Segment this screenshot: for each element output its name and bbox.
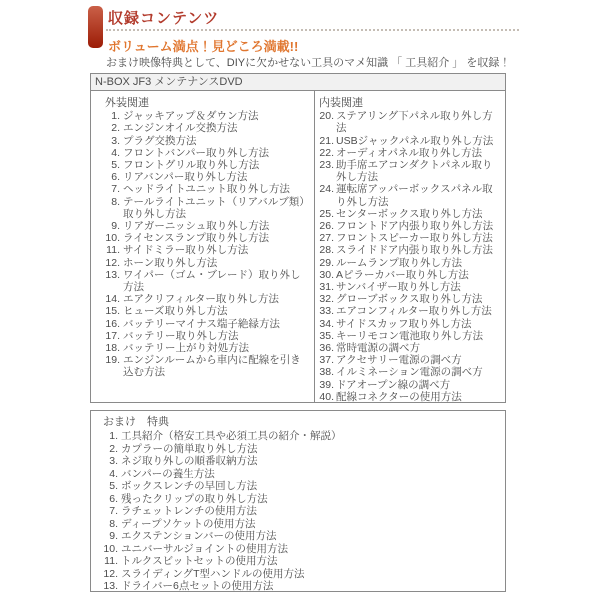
list-item: 18.バッテリー上がり対処方法 (105, 342, 310, 354)
list-item-number: 32. (319, 293, 336, 305)
list-item: 14.エアクリフィルター取り外し方法 (105, 293, 310, 305)
list-item-text: ライセンスランプ取り外し方法 (123, 232, 310, 244)
list-item-text: エンジンオイル交換方法 (123, 122, 310, 134)
list-item-number: 12. (103, 568, 121, 581)
list-item: 16.バッテリーマイナス端子絶縁方法 (105, 318, 310, 330)
exterior-column-header: 外装関連 (105, 97, 310, 109)
list-item-number: 7. (105, 183, 123, 195)
list-item-text: プラグ交換方法 (123, 135, 310, 147)
list-item-text: ドアオープン線の調べ方 (336, 379, 502, 391)
list-item-text: イルミネーション電源の調べ方 (336, 366, 502, 378)
list-item-number: 6. (103, 493, 121, 506)
list-item: 24.運転席アッパーボックスパネル取り外し方法 (319, 183, 502, 207)
dotted-divider (106, 29, 519, 31)
list-item: 11.サイドミラー取り外し方法 (105, 244, 310, 256)
list-item-text: カプラーの簡単取り外し方法 (121, 443, 497, 456)
list-item-text: エンジンルームから車内に配線を引き込む方法 (123, 354, 310, 378)
list-item-text: バッテリー取り外し方法 (123, 330, 310, 342)
list-item-number: 36. (319, 342, 336, 354)
volume-subtitle: ボリューム満点！見どころ満載!! (108, 36, 520, 55)
list-item-number: 14. (105, 293, 123, 305)
list-item-text: バッテリーマイナス端子絶縁方法 (123, 318, 310, 330)
bonus-box: おまけ 特典 1.工具紹介（格安工具や必須工具の紹介・解説）2.カプラーの簡単取… (90, 410, 506, 592)
list-item: 36.常時電源の調べ方 (319, 342, 502, 354)
list-item: 21.USBジャックパネル取り外し方法 (319, 135, 502, 147)
list-item: 26.フロントドア内張り取り外し方法 (319, 220, 502, 232)
list-item-number: 3. (105, 135, 123, 147)
list-item-number: 2. (103, 443, 121, 456)
list-item: 17.バッテリー取り外し方法 (105, 330, 310, 342)
list-item-number: 9. (105, 220, 123, 232)
list-item: 13.ドライバー6点セットの使用方法 (103, 580, 497, 593)
list-item: 15.ヒューズ取り外し方法 (105, 305, 310, 317)
list-item-text: グローブボックス取り外し方法 (336, 293, 502, 305)
list-item-text: ドライバー6点セットの使用方法 (121, 580, 497, 593)
list-item-number: 4. (105, 147, 123, 159)
list-item: 10.ライセンスランプ取り外し方法 (105, 232, 310, 244)
bonus-items-list: 1.工具紹介（格安工具や必須工具の紹介・解説）2.カプラーの簡単取り外し方法3.… (103, 430, 497, 593)
list-item: 34.サイドスカッフ取り外し方法 (319, 318, 502, 330)
list-item-number: 2. (105, 122, 123, 134)
list-item: 25.センターボックス取り外し方法 (319, 208, 502, 220)
list-item-text: エアコンフィルター取り外し方法 (336, 305, 502, 317)
list-item-number: 4. (103, 468, 121, 481)
list-item: 30.Aピラーカバー取り外し方法 (319, 269, 502, 281)
list-item-text: スライドドア内張り取り外し方法 (336, 244, 502, 256)
list-item-number: 24. (319, 183, 336, 207)
list-item-number: 12. (105, 257, 123, 269)
list-item: 35.キーリモコン電池取り外し方法 (319, 330, 502, 342)
list-item: 31.サンバイザー取り外し方法 (319, 281, 502, 293)
list-item-text: USBジャックパネル取り外し方法 (336, 135, 502, 147)
list-item-text: ルームランプ取り外し方法 (336, 257, 502, 269)
list-item-text: フロントドア内張り取り外し方法 (336, 220, 502, 232)
list-item: 22.オーディオパネル取り外し方法 (319, 147, 502, 159)
list-item-number: 34. (319, 318, 336, 330)
list-item: 28.スライドドア内張り取り外し方法 (319, 244, 502, 256)
interior-column-header: 内装関連 (319, 97, 502, 109)
list-item: 5.フロントグリル取り外し方法 (105, 159, 310, 171)
list-item-number: 11. (103, 555, 121, 568)
dvd-contents-box-title: N-BOX JF3 メンテナンスDVD (91, 74, 505, 91)
list-item-text: ヘッドライトユニット取り外し方法 (123, 183, 310, 195)
list-item-text: ラチェットレンチの使用方法 (121, 505, 497, 518)
list-item-number: 21. (319, 135, 336, 147)
list-item: 39.ドアオープン線の調べ方 (319, 379, 502, 391)
exterior-column: 外装関連 1.ジャッキアップ＆ダウン方法2.エンジンオイル交換方法3.プラグ交換… (91, 91, 315, 402)
list-item-number: 3. (103, 455, 121, 468)
list-item-number: 13. (105, 269, 123, 293)
list-item: 6.残ったクリップの取り外し方法 (103, 493, 497, 506)
list-item-number: 13. (103, 580, 121, 593)
list-item: 2.カプラーの簡単取り外し方法 (103, 443, 497, 456)
list-item-text: エアクリフィルター取り外し方法 (123, 293, 310, 305)
list-item-text: フロントグリル取り外し方法 (123, 159, 310, 171)
list-item: 3.ネジ取り外しの順番収納方法 (103, 455, 497, 468)
list-item-text: リアガーニッシュ取り外し方法 (123, 220, 310, 232)
list-item: 9.エクステンションバーの使用方法 (103, 530, 497, 543)
list-item-number: 37. (319, 354, 336, 366)
list-item-text: バッテリー上がり対処方法 (123, 342, 310, 354)
page-title: 収録コンテンツ (108, 7, 520, 28)
list-item-text: キーリモコン電池取り外し方法 (336, 330, 502, 342)
list-item: 37.アクセサリー電源の調べ方 (319, 354, 502, 366)
list-item-number: 17. (105, 330, 123, 342)
list-item-text: ホーン取り外し方法 (123, 257, 310, 269)
list-item-number: 39. (319, 379, 336, 391)
list-item-text: ユニバーサルジョイントの使用方法 (121, 543, 497, 556)
contents-columns: 外装関連 1.ジャッキアップ＆ダウン方法2.エンジンオイル交換方法3.プラグ交換… (91, 91, 505, 402)
list-item-number: 5. (105, 159, 123, 171)
product-description-image: { "page": { "title": "収録コンテンツ", "subtitl… (0, 0, 600, 600)
list-item-number: 5. (103, 480, 121, 493)
list-item: 5.ボックスレンチの早回し方法 (103, 480, 497, 493)
list-item-number: 40. (319, 391, 336, 402)
exterior-items-list: 1.ジャッキアップ＆ダウン方法2.エンジンオイル交換方法3.プラグ交換方法4.フ… (105, 110, 310, 378)
list-item: 9.リアガーニッシュ取り外し方法 (105, 220, 310, 232)
list-item-text: 運転席アッパーボックスパネル取り外し方法 (336, 183, 502, 207)
list-item: 11.トルクスビットセットの使用方法 (103, 555, 497, 568)
list-item-text: Aピラーカバー取り外し方法 (336, 269, 502, 281)
list-item: 10.ユニバーサルジョイントの使用方法 (103, 543, 497, 556)
list-item: 7.ヘッドライトユニット取り外し方法 (105, 183, 310, 195)
list-item-number: 38. (319, 366, 336, 378)
list-item: 33.エアコンフィルター取り外し方法 (319, 305, 502, 317)
bonus-note: おまけ映像特典として、DIYに欠かせない工具のマメ知識 「 工具紹介 」 を収録… (106, 54, 520, 70)
list-item-number: 15. (105, 305, 123, 317)
list-item: 19.エンジンルームから車内に配線を引き込む方法 (105, 354, 310, 378)
list-item: 12.スライディングT型ハンドルの使用方法 (103, 568, 497, 581)
list-item: 38.イルミネーション電源の調べ方 (319, 366, 502, 378)
dvd-contents-box: N-BOX JF3 メンテナンスDVD 外装関連 1.ジャッキアップ＆ダウン方法… (90, 73, 506, 403)
list-item-number: 20. (319, 110, 336, 134)
list-item: 1.ジャッキアップ＆ダウン方法 (105, 110, 310, 122)
list-item: 4.フロントバンパー取り外し方法 (105, 147, 310, 159)
list-item-text: ボックスレンチの早回し方法 (121, 480, 497, 493)
list-item-text: ステアリング下パネル取り外し方法 (336, 110, 502, 134)
list-item-text: ディープソケットの使用方法 (121, 518, 497, 531)
list-item-number: 30. (319, 269, 336, 281)
list-item-text: オーディオパネル取り外し方法 (336, 147, 502, 159)
list-item-text: サイドスカッフ取り外し方法 (336, 318, 502, 330)
list-item-number: 29. (319, 257, 336, 269)
list-item-text: ヒューズ取り外し方法 (123, 305, 310, 317)
list-item-text: スライディングT型ハンドルの使用方法 (121, 568, 497, 581)
list-item-text: ワイパー（ゴム・ブレード）取り外し方法 (123, 269, 310, 293)
list-item: 8.ディープソケットの使用方法 (103, 518, 497, 531)
list-item-number: 26. (319, 220, 336, 232)
list-item: 40.配線コネクターの使用方法 (319, 391, 502, 402)
list-item-text: ネジ取り外しの順番収納方法 (121, 455, 497, 468)
list-item-text: リアバンパー取り外し方法 (123, 171, 310, 183)
list-item-number: 16. (105, 318, 123, 330)
bonus-box-header: おまけ 特典 (103, 416, 497, 429)
list-item: 1.工具紹介（格安工具や必須工具の紹介・解説） (103, 430, 497, 443)
list-item-number: 9. (103, 530, 121, 543)
list-item: 8.テールライトユニット（リアバルブ類）取り外し方法 (105, 196, 310, 220)
list-item: 32.グローブボックス取り外し方法 (319, 293, 502, 305)
list-item-number: 6. (105, 171, 123, 183)
list-item-number: 1. (103, 430, 121, 443)
list-item-number: 19. (105, 354, 123, 378)
list-item-number: 27. (319, 232, 336, 244)
list-item-text: フロントバンパー取り外し方法 (123, 147, 310, 159)
list-item-text: サンバイザー取り外し方法 (336, 281, 502, 293)
list-item-number: 10. (103, 543, 121, 556)
list-item-number: 8. (103, 518, 121, 531)
list-item-text: 配線コネクターの使用方法 (336, 391, 502, 402)
list-item-text: ジャッキアップ＆ダウン方法 (123, 110, 310, 122)
list-item-text: 常時電源の調べ方 (336, 342, 502, 354)
list-item-number: 25. (319, 208, 336, 220)
list-item-number: 7. (103, 505, 121, 518)
list-item: 12.ホーン取り外し方法 (105, 257, 310, 269)
list-item-text: サイドミラー取り外し方法 (123, 244, 310, 256)
list-item-number: 10. (105, 232, 123, 244)
list-item-number: 23. (319, 159, 336, 183)
list-item: 4.バンパーの養生方法 (103, 468, 497, 481)
list-item-text: エクステンションバーの使用方法 (121, 530, 497, 543)
list-item: 27.フロントスピーカー取り外し方法 (319, 232, 502, 244)
interior-column: 内装関連 20.ステアリング下パネル取り外し方法21.USBジャックパネル取り外… (315, 91, 505, 402)
list-item: 6.リアバンパー取り外し方法 (105, 171, 310, 183)
list-item: 20.ステアリング下パネル取り外し方法 (319, 110, 502, 134)
list-item-number: 18. (105, 342, 123, 354)
list-item-number: 11. (105, 244, 123, 256)
list-item-text: トルクスビットセットの使用方法 (121, 555, 497, 568)
list-item-text: 残ったクリップの取り外し方法 (121, 493, 497, 506)
list-item-text: フロントスピーカー取り外し方法 (336, 232, 502, 244)
list-item: 3.プラグ交換方法 (105, 135, 310, 147)
list-item: 29.ルームランプ取り外し方法 (319, 257, 502, 269)
list-item: 2.エンジンオイル交換方法 (105, 122, 310, 134)
list-item-number: 33. (319, 305, 336, 317)
list-item-text: テールライトユニット（リアバルブ類）取り外し方法 (123, 196, 310, 220)
list-item-number: 35. (319, 330, 336, 342)
list-item-number: 28. (319, 244, 336, 256)
list-item-number: 22. (319, 147, 336, 159)
list-item-text: 助手席エアコンダクトパネル取り外し方法 (336, 159, 502, 183)
list-item: 13.ワイパー（ゴム・ブレード）取り外し方法 (105, 269, 310, 293)
list-item-number: 8. (105, 196, 123, 220)
list-item-text: 工具紹介（格安工具や必須工具の紹介・解説） (121, 430, 497, 443)
red-accent-bar (88, 6, 103, 48)
list-item-number: 1. (105, 110, 123, 122)
list-item-text: バンパーの養生方法 (121, 468, 497, 481)
list-item: 23.助手席エアコンダクトパネル取り外し方法 (319, 159, 502, 183)
list-item-number: 31. (319, 281, 336, 293)
list-item: 7.ラチェットレンチの使用方法 (103, 505, 497, 518)
list-item-text: アクセサリー電源の調べ方 (336, 354, 502, 366)
interior-items-list: 20.ステアリング下パネル取り外し方法21.USBジャックパネル取り外し方法22… (319, 110, 502, 402)
list-item-text: センターボックス取り外し方法 (336, 208, 502, 220)
